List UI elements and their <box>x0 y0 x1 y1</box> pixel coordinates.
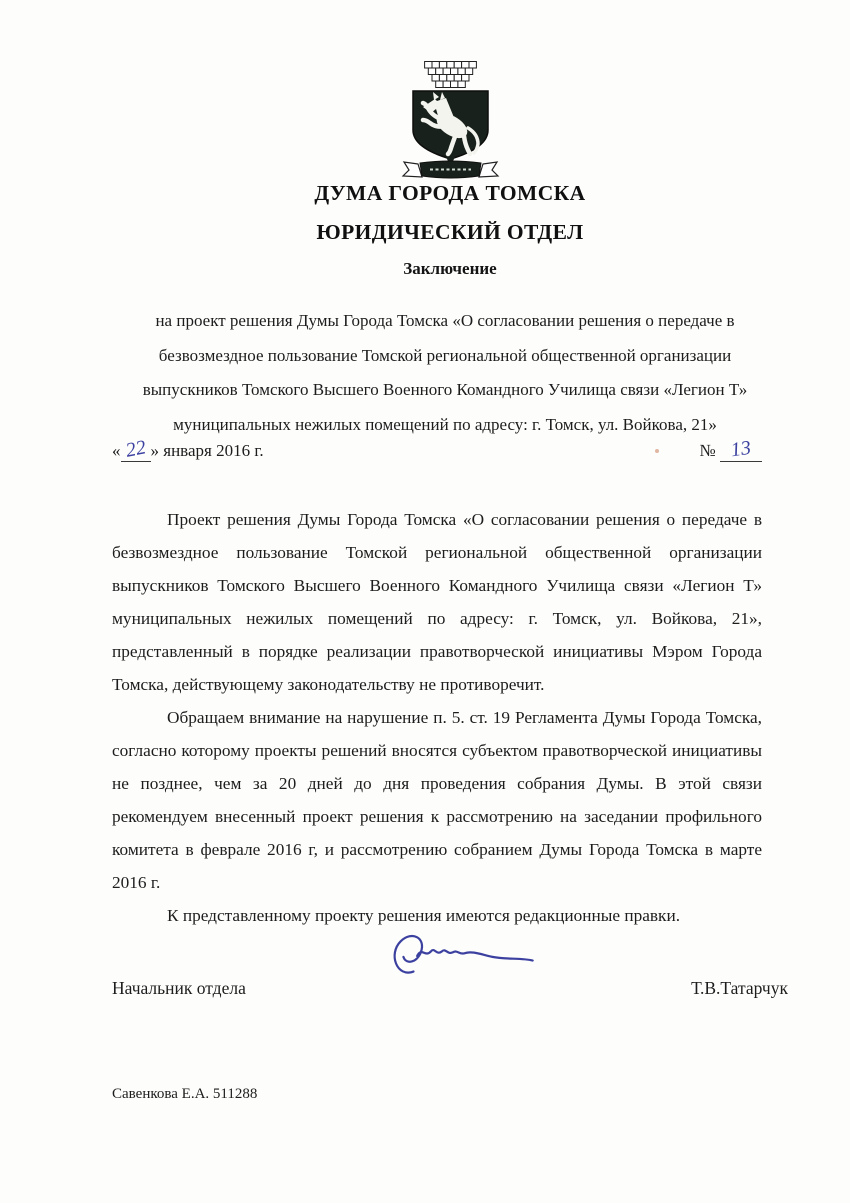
day-blank: 22 <box>121 443 151 462</box>
signature-block: Начальник отдела Т.В.Татарчук <box>112 978 788 999</box>
executor-line: Савенкова Е.А. 511288 <box>112 1086 257 1103</box>
crown-row-2 <box>428 68 472 75</box>
document-title: Заключение <box>25 259 850 279</box>
date-line: «22» января 2016 г. № 13 <box>112 441 762 462</box>
document-page: ДУМА ГОРОДА ТОМСКА ЮРИДИЧЕСКИЙ ОТДЕЛ Зак… <box>0 0 850 1203</box>
handwritten-number: 13 <box>730 441 752 458</box>
body-paragraph: Проект решения Думы Города Томска «О сог… <box>112 503 762 701</box>
tomsk-coat-of-arms-icon <box>398 60 503 182</box>
subject-paragraph: на проект решения Думы Города Томска «О … <box>110 304 780 442</box>
date-text: » января 2016 г. <box>151 441 264 460</box>
document-number: № 13 <box>700 441 762 462</box>
signatory-name: Т.В.Татарчук <box>691 978 788 999</box>
date-field: «22» января 2016 г. <box>112 441 264 462</box>
document-body: Проект решения Думы Города Томска «О сог… <box>112 503 762 932</box>
scan-speck <box>655 449 659 453</box>
position-label: Начальник отдела <box>112 978 246 999</box>
body-paragraph: Обращаем внимание на нарушение п. 5. ст.… <box>112 701 762 899</box>
date-opening-quote: « <box>112 441 121 460</box>
crown-row-4 <box>436 81 466 88</box>
number-blank: 13 <box>720 443 762 462</box>
crown-row-1 <box>425 62 477 69</box>
org-name-heading: ДУМА ГОРОДА ТОМСКА <box>25 181 850 206</box>
handwritten-day: 22 <box>124 440 146 458</box>
ribbon <box>403 161 498 178</box>
number-sign: № <box>700 441 716 460</box>
department-heading: ЮРИДИЧЕСКИЙ ОТДЕЛ <box>25 220 850 245</box>
crown-row-3 <box>432 75 469 82</box>
